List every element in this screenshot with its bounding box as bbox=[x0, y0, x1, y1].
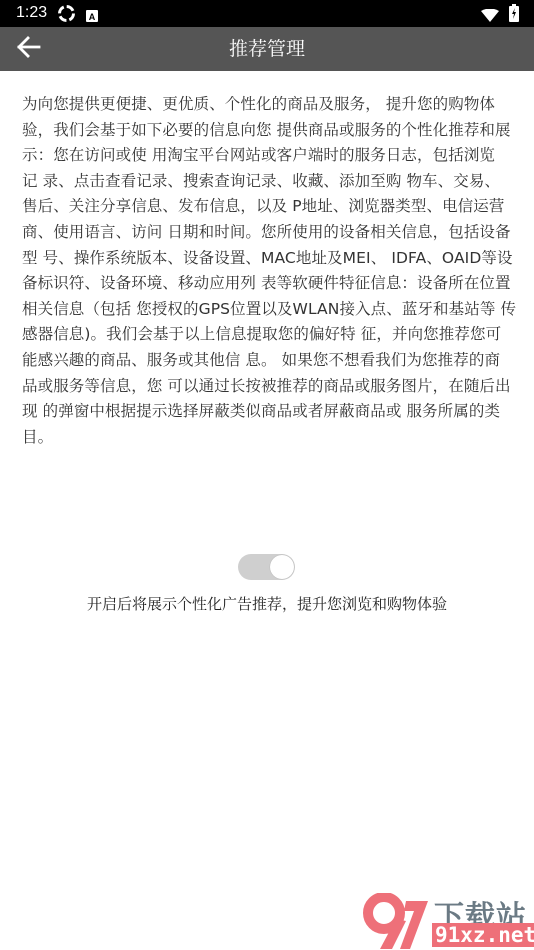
page-title: 推荐管理 bbox=[0, 27, 534, 71]
keyboard-a-icon: A bbox=[86, 7, 98, 26]
description-line: 记 录、点击查看记录、搜索查询记录、收藏、添加至购 物车、交易、 bbox=[22, 169, 516, 195]
description-line: 目。 bbox=[22, 425, 516, 451]
battery-charging-icon bbox=[509, 4, 519, 26]
toggle-caption: 开启后将展示个性化广告推荐，提升您浏览和购物体验 bbox=[0, 592, 534, 616]
watermark: 下载站 91xz.net bbox=[362, 893, 534, 950]
status-bar: 1:23 A bbox=[0, 0, 534, 27]
description-line: 为向您提供更便捷、更优质、个性化的商品及服务， 提升您的购物体 bbox=[22, 92, 516, 118]
description-line: 现 的弹窗中根据提示选择屏蔽类似商品或者屏蔽商品或 服务所属的类 bbox=[22, 399, 516, 425]
description-line: 能感兴趣的商品、服务或其他信 息。 如果您不想看我们为您推荐的商 bbox=[22, 348, 516, 374]
app-header: 推荐管理 bbox=[0, 27, 534, 71]
arrow-left-icon bbox=[15, 35, 41, 63]
description-line: 相关信息（包括 您授权的GPS位置以及WLAN接入点、蓝牙和基站等 传 bbox=[22, 297, 516, 323]
personalized-ads-toggle[interactable] bbox=[238, 554, 295, 580]
description-line: 示：您在访问或使 用淘宝平台网站或客户端时的服务日志，包括浏览 bbox=[22, 143, 516, 169]
sync-icon bbox=[58, 5, 75, 26]
status-time: 1:23 bbox=[16, 4, 47, 22]
description-line: 商、使用语言、访问 日期和时间。您所使用的设备相关信息，包括设备 bbox=[22, 220, 516, 246]
description-line: 型 号、操作系统版本、设备设置、MAC地址及MEI、 IDFA、OAID等设 bbox=[22, 246, 516, 272]
description-line: 售后、关注分享信息、发布信息，以及 P地址、浏览器类型、电信运营 bbox=[22, 194, 516, 220]
privacy-description: 为向您提供更便捷、更优质、个性化的商品及服务， 提升您的购物体 验，我们会基于如… bbox=[22, 92, 516, 450]
toggle-knob bbox=[270, 555, 294, 579]
description-line: 备标识符、设备环境、移动应用列 表等软硬件特征信息：设备所在位置 bbox=[22, 271, 516, 297]
watermark-text-bottom: 91xz.net bbox=[432, 923, 534, 947]
description-line: 感器信息)。我们会基于以上信息提取您的偏好特 征，并向您推荐您可 bbox=[22, 322, 516, 348]
description-line: 品或服务等信息，您 可以通过长按被推荐的商品或服务图片，在随后出 bbox=[22, 374, 516, 400]
watermark-logo-icon bbox=[362, 893, 432, 950]
svg-text:A: A bbox=[89, 12, 96, 22]
wifi-icon bbox=[481, 7, 499, 26]
description-line: 验，我们会基于如下必要的信息向您 提供商品或服务的个性化推荐和展 bbox=[22, 118, 516, 144]
back-button[interactable] bbox=[8, 29, 48, 69]
